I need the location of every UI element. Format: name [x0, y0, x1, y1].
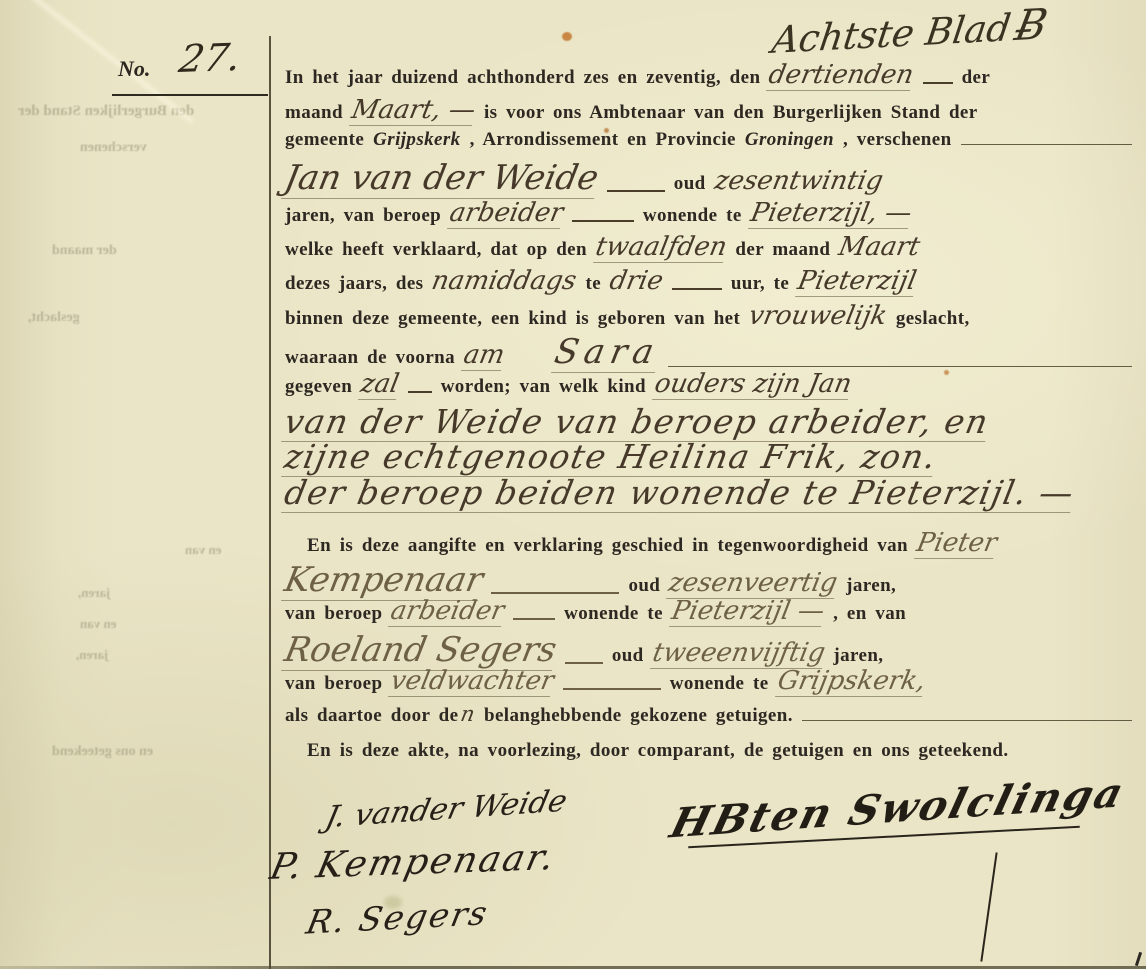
handwritten-text: Pieterzijl, —	[748, 198, 914, 229]
printed-text: gemeente	[285, 129, 364, 151]
handwritten-text: namiddags	[430, 266, 580, 296]
printed-text: te	[585, 273, 601, 295]
act-line-15: Kempenaar oud zesenveertig jaren,	[285, 560, 1132, 601]
printed-text: der maand	[735, 239, 830, 261]
ink-dash	[563, 688, 661, 690]
act-line-12: zijne echtgenoote Heilina Frik, zon.	[285, 437, 1132, 477]
signature-witness-1: P. Kempenaar.	[266, 837, 559, 888]
bleedthrough-text: en van	[185, 542, 221, 558]
act-line-19: als daartoe door de n belanghebbende gek…	[285, 702, 1132, 727]
act-line-10: gegeven zal worden; van welk kind ouders…	[285, 369, 1132, 400]
printed-text: , verschenen	[843, 129, 952, 151]
printed-text: In het jaar duizend achthonderd zes en z…	[285, 67, 760, 89]
printed-text: wonende te	[643, 205, 742, 227]
ink-stain	[604, 128, 609, 133]
fill-rule	[961, 144, 1132, 145]
handwritten-text: Maart	[836, 232, 922, 262]
printed-text: van beroep	[285, 673, 382, 695]
ink-dash	[408, 391, 432, 393]
printed-text: , en van	[833, 603, 906, 625]
bleedthrough-text: jaren,	[76, 647, 109, 663]
act-line-20: En is deze akte, na voorlezing, door com…	[285, 740, 1132, 762]
act-line-14: En is deze aangifte en verklaring geschi…	[285, 528, 1132, 559]
handwritten-text: Grijpskerk,	[775, 666, 928, 697]
handwritten-text: der beroep beiden wonende te Pieterzijl.…	[281, 473, 1078, 513]
printed-text: van beroep	[285, 603, 382, 625]
printed-text: is voor ons Ambtenaar van den Burgerlijk…	[484, 102, 978, 124]
act-line-5: jaren, van beroep arbeider wonende te Pi…	[285, 198, 1132, 229]
printed-text: uur, te	[731, 273, 789, 295]
act-line-16: van beroep arbeider wonende te Pieterzij…	[285, 596, 1132, 627]
handwritten-text: dertienden	[766, 60, 916, 91]
printed-text: En is deze aangifte en verklaring geschi…	[307, 535, 908, 557]
corner-ink-mark	[1135, 952, 1142, 966]
printed-text: jaren,	[833, 645, 883, 667]
act-number-label: No.	[118, 56, 150, 82]
handwritten-text: ouders zijn Jan	[652, 369, 854, 400]
handwritten-text: Sara	[551, 332, 663, 373]
bleedthrough-text: en van	[80, 616, 116, 632]
printed-text: waaraan de voorna	[285, 347, 455, 369]
ink-dash	[565, 662, 603, 664]
fill-rule	[802, 720, 1132, 721]
act-line-3: gemeente Grijpskerk , Arrondissement en …	[285, 129, 1132, 151]
printed-text: oud	[674, 173, 706, 195]
printed-text: wonende te	[564, 603, 663, 625]
bleedthrough-text: verschenen	[80, 140, 147, 156]
handwritten-text: tweeenvijftig	[650, 638, 828, 669]
printed-text: als daartoe door de	[285, 705, 458, 727]
paper-smudge	[384, 896, 402, 909]
handwritten-text: n	[459, 702, 477, 726]
document-page: den Burgerlijken Stand der verschenen de…	[0, 0, 1146, 969]
handwritten-text: van der Weide van beroep arbeider, en	[281, 402, 992, 442]
act-line-2: maand Maart, — is voor ons Ambtenaar van…	[285, 95, 1132, 126]
handwritten-text: zijne echtgenoote Heilina Frik, zon.	[281, 437, 940, 477]
act-number-value: 27.	[176, 35, 245, 81]
printed-text: binnen deze gemeente, een kind is gebore…	[285, 308, 740, 330]
handwritten-text: veldwachter	[388, 666, 556, 697]
act-line-8: binnen deze gemeente, een kind is gebore…	[285, 301, 1132, 331]
ink-stain	[944, 370, 949, 375]
handwritten-text: twaalfden	[593, 232, 729, 263]
ink-dash	[572, 220, 634, 222]
printed-text: jaren, van beroep	[285, 205, 441, 227]
bleedthrough-text: geslacht,	[28, 310, 80, 326]
fill-rule	[668, 366, 1132, 367]
act-line-17: Roeland Segers oud tweeenvijftig jaren,	[285, 630, 1132, 671]
paraph-mark: Ƀ	[1012, 0, 1052, 50]
sheet-note-text: Achtste Blad	[769, 6, 1013, 62]
printed-text: jaren,	[846, 575, 896, 597]
ink-dash	[672, 288, 722, 290]
ink-dash	[513, 618, 555, 620]
printed-text: Groningen	[745, 129, 834, 151]
printed-text: , Arrondissement en Provincie	[470, 129, 736, 151]
handwritten-text: Kempenaar	[281, 560, 486, 601]
handwritten-text: Pieterzijl —	[669, 596, 827, 627]
printed-text: worden; van welk kind	[441, 376, 646, 398]
handwritten-text: Pieter	[914, 528, 999, 559]
printed-text: oud	[628, 575, 660, 597]
act-line-18: van beroep veldwachter wonende te Grijps…	[285, 666, 1132, 697]
handwritten-text: Roeland Segers	[281, 630, 560, 671]
handwritten-text: Pieterzijl	[795, 266, 919, 297]
ink-stain	[562, 32, 572, 41]
printed-text: oud	[612, 645, 644, 667]
printed-text: maand	[285, 102, 343, 124]
act-line-13: der beroep beiden wonende te Pieterzijl.…	[285, 473, 1132, 513]
bleedthrough-text: en ons geteekend	[52, 744, 153, 760]
ink-dash	[491, 592, 619, 594]
ink-dash	[923, 82, 953, 84]
handwritten-text: Jan van der Weide	[281, 158, 602, 199]
handwritten-text: drie	[607, 266, 666, 296]
act-line-1: In het jaar duizend achthonderd zes en z…	[285, 60, 1132, 91]
printed-text: belanghebbende gekozene getuigen.	[484, 705, 793, 727]
signature-flourish-tail	[980, 852, 997, 961]
printed-text: dezes jaars, des	[285, 273, 423, 295]
act-line-4: Jan van der Weide oud zesentwintig	[285, 158, 1132, 199]
signature-declarant: J. vander Weide	[322, 784, 570, 835]
bleedthrough-text: der maand	[52, 243, 117, 259]
printed-text: der	[962, 67, 991, 89]
bleedthrough-text: jaren,	[78, 585, 111, 601]
margin-rule	[269, 36, 271, 969]
act-line-6: welke heeft verklaard, dat op den twaalf…	[285, 232, 1132, 263]
printed-text: welke heeft verklaard, dat op den	[285, 239, 587, 261]
handwritten-text: zal	[358, 369, 402, 400]
printed-text: gegeven	[285, 376, 352, 398]
handwritten-text: zesenveertig	[666, 568, 840, 599]
printed-text: En is deze akte, na voorlezing, door com…	[307, 740, 1009, 762]
handwritten-text: am	[461, 340, 507, 371]
bleedthrough-text: den Burgerlijken Stand der	[18, 103, 194, 120]
act-line-9: waaraan de voorna am Sara	[285, 332, 1132, 373]
handwritten-text: zesentwintig	[712, 166, 886, 196]
handwritten-text: vrouwelijk	[746, 301, 889, 331]
handwritten-text: arbeider	[447, 198, 566, 229]
act-line-11: van der Weide van beroep arbeider, en	[285, 402, 1132, 442]
sheet-note: Achtste Blad Ƀ	[771, 0, 1146, 63]
printed-text: geslacht,	[896, 308, 970, 330]
handwritten-text: Maart, —	[349, 95, 478, 126]
act-line-7: dezes jaars, des namiddags te drie uur, …	[285, 266, 1132, 297]
ink-dash	[607, 190, 665, 192]
handwritten-text: arbeider	[388, 596, 507, 627]
act-number-underline	[112, 94, 268, 96]
printed-text: Grijpskerk	[373, 129, 460, 151]
printed-text: wonende te	[670, 673, 769, 695]
